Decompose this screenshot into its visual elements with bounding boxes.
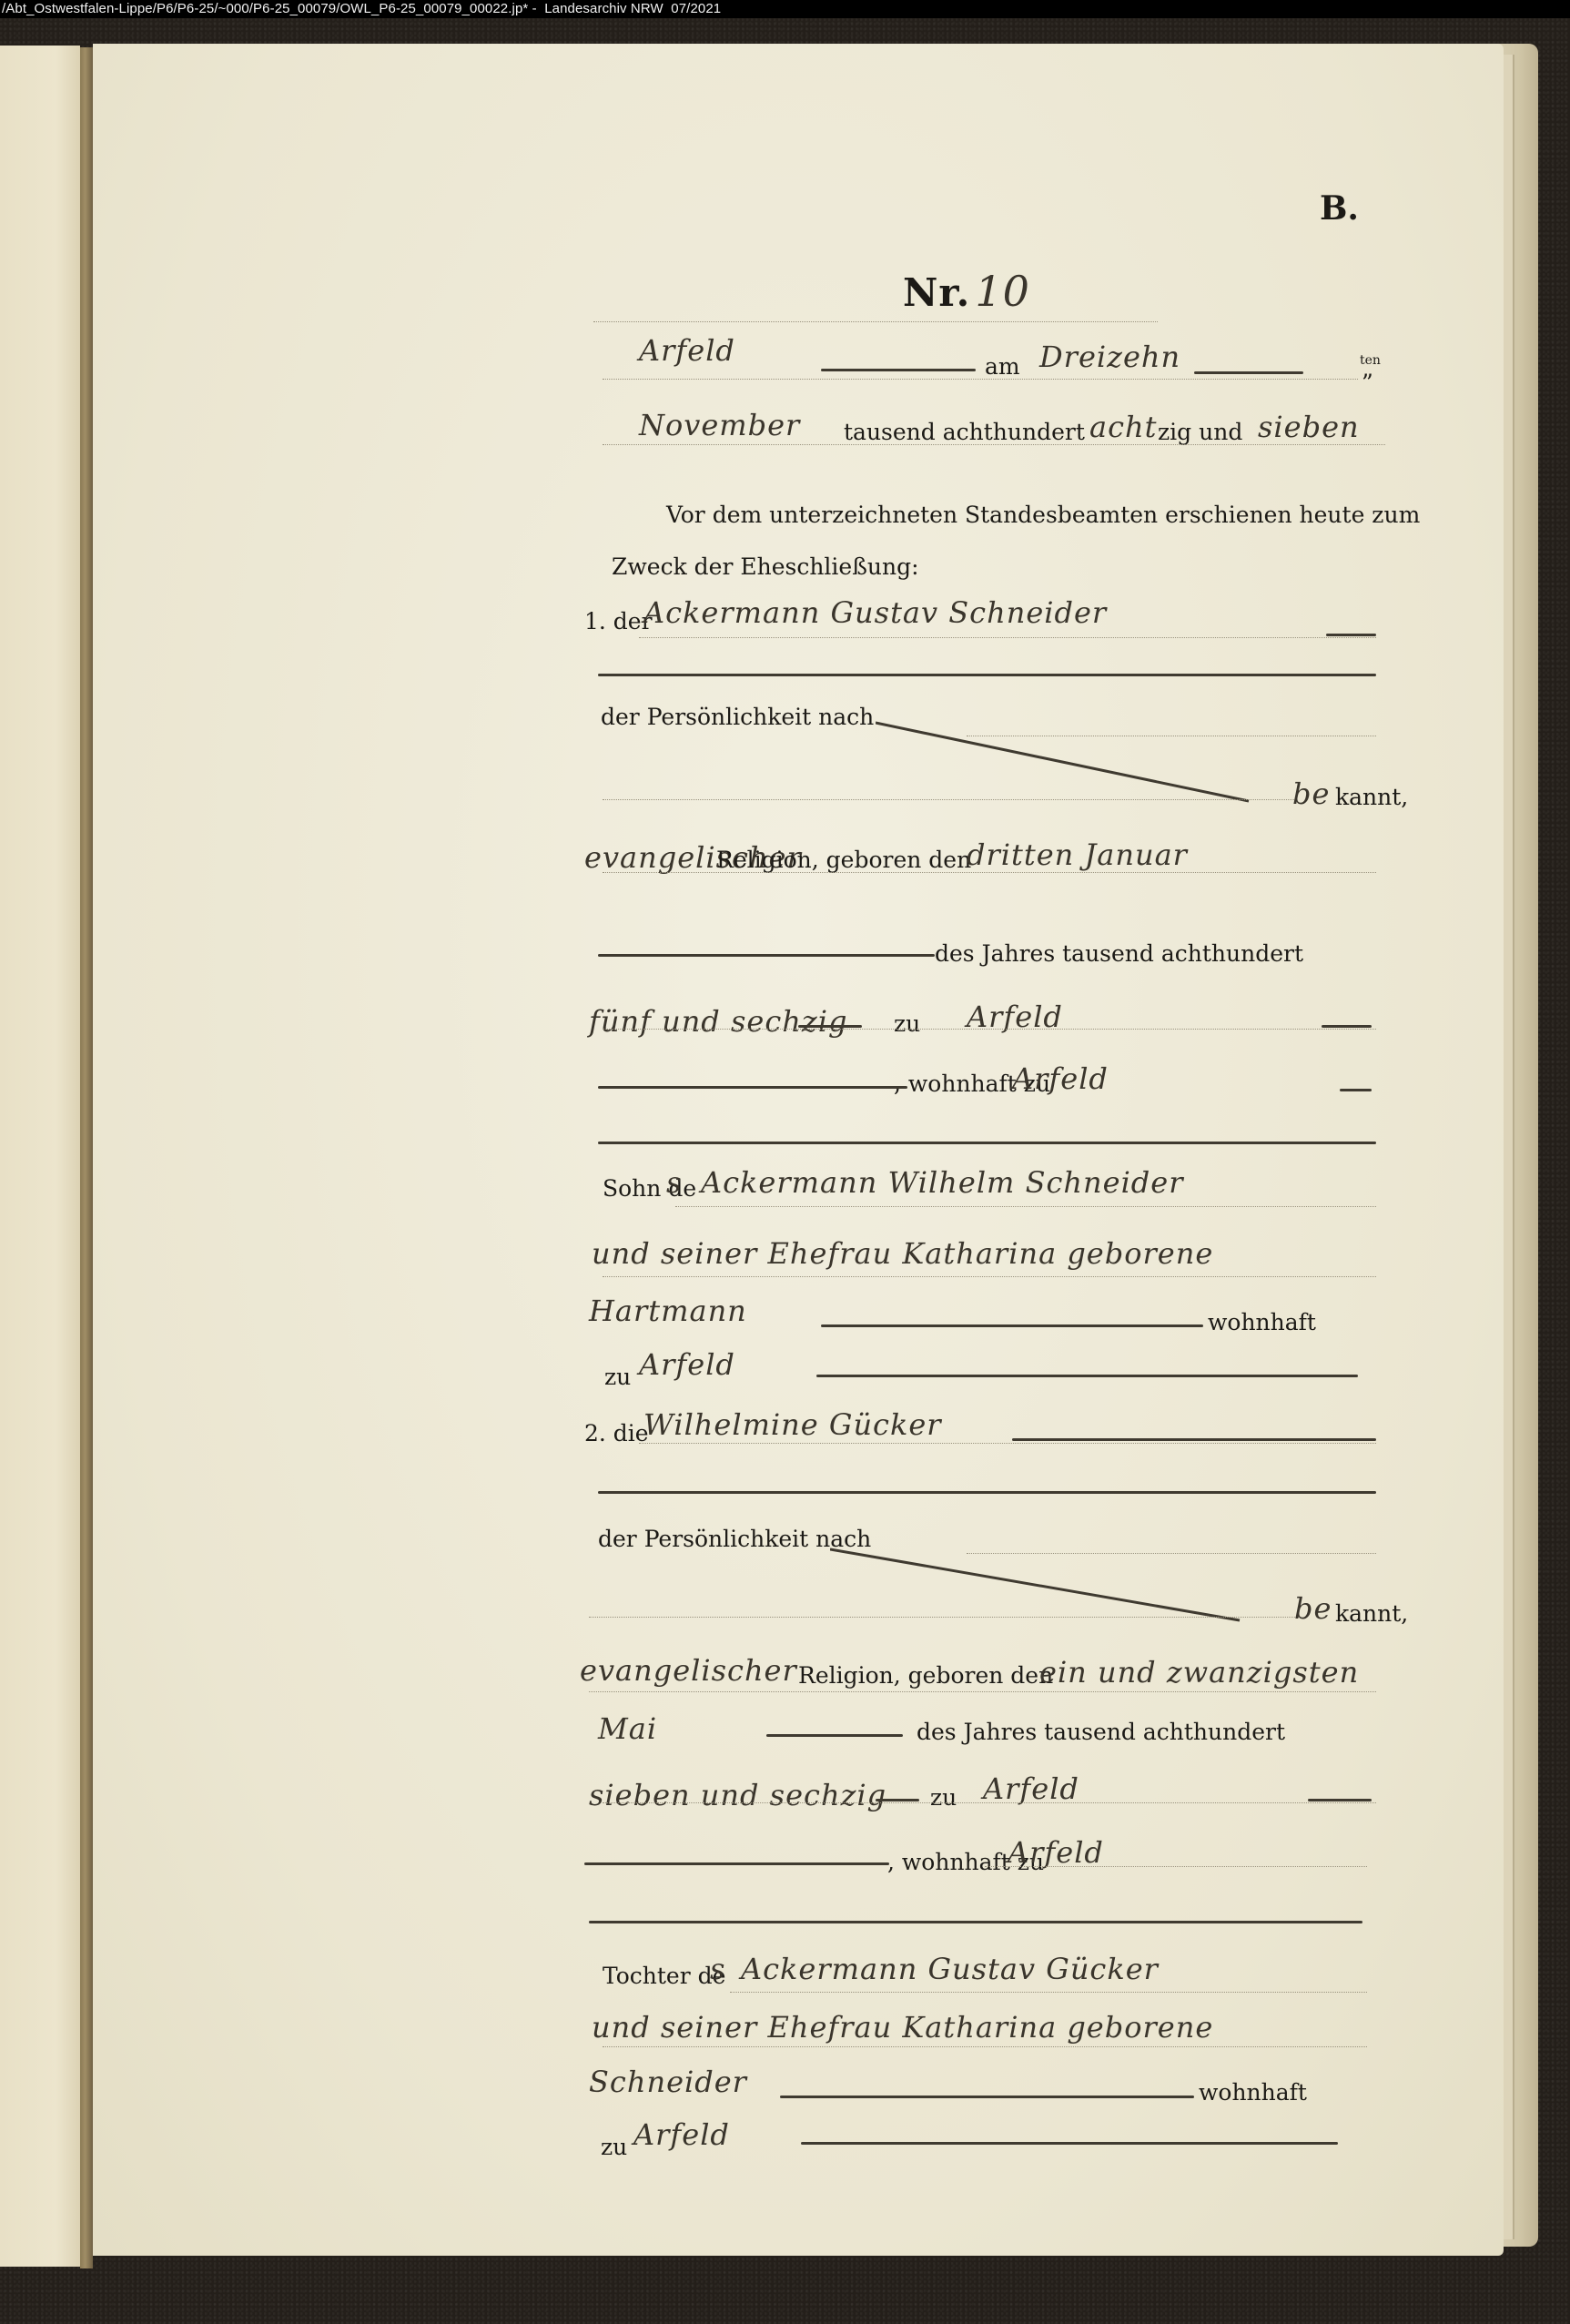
son-suffix: s [666, 1165, 682, 1200]
groom-residence: Arfeld [1012, 1061, 1109, 1096]
groom-religion-label: Religion, geboren den [716, 847, 971, 873]
bride-parents-residence: Arfeld [633, 2117, 730, 2152]
bride-birth-year: sieben und sechzig [589, 1778, 886, 1812]
ditto-mark: ” [1362, 370, 1373, 396]
bride-religion: evangelischer [580, 1653, 797, 1688]
form-letter: B. [1320, 189, 1359, 228]
groom-personality-label: der Persönlichkeit nach [601, 704, 874, 730]
groom-known-hand: be [1292, 776, 1330, 811]
am-label: am [985, 353, 1020, 380]
header-place: Arfeld [639, 333, 735, 368]
groom-name: Ackermann Gustav Schneider [643, 595, 1107, 630]
bride-wohnhaft: wohnhaft [1199, 2079, 1307, 2106]
bride-father: Ackermann Gustav Gücker [741, 1952, 1159, 1986]
book-spine [80, 47, 93, 2268]
groom-parents-residence: Arfeld [639, 1347, 735, 1382]
groom-zu-label: zu [894, 1010, 920, 1037]
header-month: November [639, 408, 800, 442]
bride-parents-zu: zu [601, 2134, 627, 2160]
groom-parents-zu: zu [604, 1364, 631, 1390]
header-day: Dreizehn [1039, 340, 1180, 374]
zig-und-label: zig und [1158, 419, 1242, 445]
window-title-bar: /Abt_Ostwestfalen-Lippe/P6/P6-25/~000/P6… [0, 0, 1570, 18]
groom-birth-year: fünf und sechzig [589, 1004, 847, 1039]
bride-mother-maiden: Schneider [589, 2065, 747, 2099]
left-page-edge [0, 46, 80, 2267]
bride-birth-place: Arfeld [983, 1771, 1079, 1806]
groom-prefix: 1. der [584, 608, 653, 634]
bride-known-print: kannt, [1335, 1600, 1408, 1627]
groom-known-print: kannt, [1335, 784, 1408, 810]
bride-zu-label: zu [930, 1784, 957, 1811]
year-units: sieben [1258, 410, 1360, 444]
groom-mother-maiden: Hartmann [589, 1294, 747, 1328]
groom-year-label: des Jahres tausend achthundert [935, 940, 1303, 967]
intro-line-1: Vor dem unterzeichneten Standesbeamten e… [666, 502, 1420, 528]
son-label: Sohn de [603, 1175, 696, 1202]
bride-known-hand: be [1294, 1591, 1332, 1626]
groom-mother-line: und seiner Ehefrau Katharina geborene [592, 1236, 1213, 1271]
number-label: Nr. [903, 270, 970, 315]
document-page: B. Nr. 10 Arfeld am Dreizehn ten ” Novem… [93, 44, 1504, 2256]
daughter-label: Tochter de [603, 1963, 725, 1989]
strike-diagonal [876, 717, 1258, 808]
groom-birth-date: dritten Januar [967, 837, 1188, 872]
intro-line-2: Zweck der Eheschließung: [612, 553, 919, 580]
ten-suffix: ten [1360, 353, 1381, 368]
bride-name: Wilhelmine Gücker [643, 1407, 942, 1442]
strike-diagonal [830, 1546, 1249, 1628]
record-number: Nr. 10 [903, 267, 1030, 316]
groom-father: Ackermann Wilhelm Schneider [701, 1165, 1184, 1200]
number-value: 10 [975, 267, 1030, 316]
bride-year-label: des Jahres tausend achthundert [917, 1719, 1285, 1745]
bride-residence: Arfeld [1008, 1835, 1104, 1870]
bride-birth-month: Mai [598, 1711, 657, 1746]
bride-religion-label: Religion, geboren den [798, 1662, 1053, 1689]
tausend-label: tausend achthundert [844, 419, 1085, 445]
bride-birth-day: ein und zwanzigsten [1039, 1655, 1359, 1690]
groom-wohnhaft: wohnhaft [1208, 1309, 1316, 1335]
daughter-suffix: s [710, 1952, 725, 1986]
year-tens: acht [1089, 410, 1157, 444]
bride-mother-line: und seiner Ehefrau Katharina geborene [592, 2010, 1213, 2045]
